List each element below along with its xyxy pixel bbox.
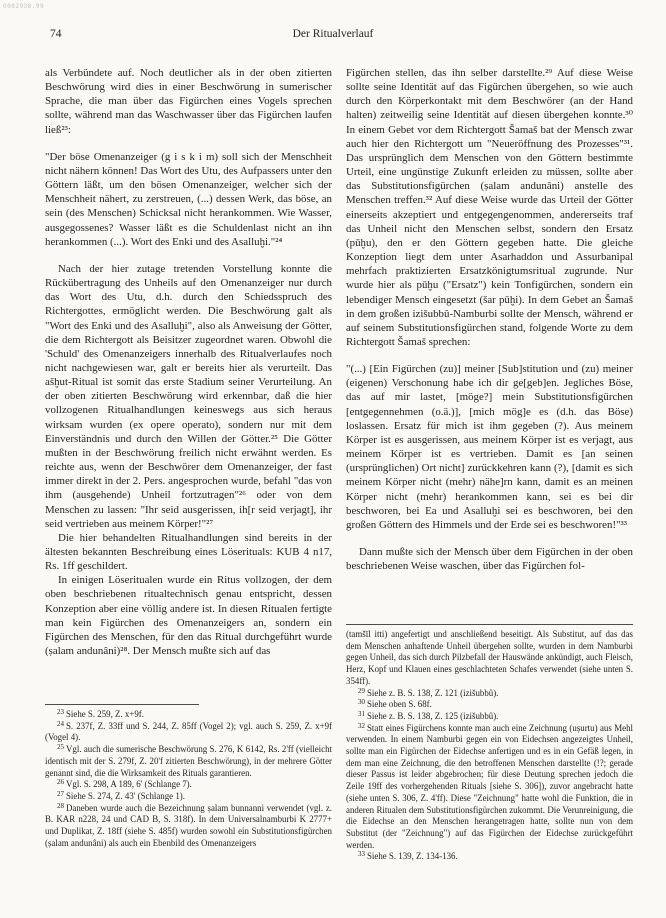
footnote-text: Siehe S. 139, Z. 134-136.	[367, 851, 458, 861]
footnote-number: 28	[57, 802, 64, 810]
page-header: Der Ritualverlauf 74	[0, 28, 666, 44]
footnote-number: 32	[358, 722, 365, 730]
footnote-text: Siehe z. B. S. 138, Z. 121 (izišubbû).	[367, 688, 498, 698]
footnote-rule	[346, 624, 633, 625]
footnote: 23Siehe S. 259, Z. x+9f.	[45, 709, 332, 721]
footnote-number: 29	[358, 687, 365, 695]
page-number: 74	[50, 28, 62, 40]
footnote-text: Daneben wurde auch die Bezeichnung ṣalam…	[45, 803, 332, 848]
footnote-text: Siehe oben S. 68f.	[367, 699, 432, 709]
paragraph: Dann mußte sich der Mensch über dem Figü…	[346, 545, 633, 573]
footnote-rule	[45, 704, 199, 705]
footnote-text: Vgl. S. 298, A 189, 6' (Schlange 7).	[66, 779, 192, 789]
footnotes-right: (tamšīl itti) angefertigt und anschließe…	[346, 624, 633, 863]
left-column: als Verbündete auf. Noch deutlicher als …	[45, 66, 332, 700]
footnote: 27Siehe S. 274, Z. 43' (Schlange 1).	[45, 791, 332, 803]
book-page: 0002938.99 Der Ritualverlauf 74 als Verb…	[0, 0, 666, 918]
footnote-number: 24	[57, 720, 64, 728]
footnote: 25Vgl. auch die sumerische Beschwörung S…	[45, 744, 332, 779]
quote-block: "(...) [Ein Figürchen (zu)] meiner [Sub]…	[346, 362, 633, 532]
footnote-text: Statt eines Figürchens konnte man auch e…	[346, 723, 633, 850]
footnote: 26Vgl. S. 298, A 189, 6' (Schlange 7).	[45, 779, 332, 791]
scan-stamp: 0002938.99	[3, 3, 44, 10]
right-column: Figürchen stellen, das ihn selber darste…	[346, 66, 633, 618]
footnote-number: 30	[358, 698, 365, 706]
footnote-text: Siehe S. 274, Z. 43' (Schlange 1).	[66, 791, 185, 801]
footnote-text: S. 237f, Z. 33ff und S. 244, Z. 85ff (Vo…	[45, 721, 332, 743]
footnote-number: 33	[358, 850, 365, 858]
footnote-text: Siehe S. 259, Z. x+9f.	[66, 709, 144, 719]
footnote-text: Vgl. auch die sumerische Beschwörung S. …	[45, 744, 332, 777]
footnote: 33Siehe S. 139, Z. 134-136.	[346, 851, 633, 863]
footnote-continuation: (tamšīl itti) angefertigt und anschließe…	[346, 629, 633, 688]
footnote-text: (tamšīl itti) angefertigt und anschließe…	[346, 629, 633, 686]
paragraph: Die hier behandelten Ritualhandlungen si…	[45, 531, 332, 573]
footnote: 31Siehe z. B. S. 138, Z. 125 (izišubbû).	[346, 711, 633, 723]
footnote: 30Siehe oben S. 68f.	[346, 699, 633, 711]
quote-block: "Der böse Omenanzeiger (g i s k i m) sol…	[45, 150, 332, 249]
footnote-number: 26	[57, 778, 64, 786]
paragraph: als Verbündete auf. Noch deutlicher als …	[45, 66, 332, 137]
footnote-number: 23	[57, 708, 64, 716]
footnote: 32Statt eines Figürchens konnte man auch…	[346, 723, 633, 852]
footnote-text: Siehe z. B. S. 138, Z. 125 (izišubbû).	[367, 711, 498, 721]
paragraph: Nach der hier zutage tretenden Vorstellu…	[45, 262, 332, 531]
footnote: 28Daneben wurde auch die Bezeichnung ṣal…	[45, 803, 332, 850]
running-title: Der Ritualverlauf	[0, 28, 666, 40]
footnotes-left: 23Siehe S. 259, Z. x+9f. 24S. 237f, Z. 3…	[45, 704, 332, 849]
footnote: 29Siehe z. B. S. 138, Z. 121 (izišubbû).	[346, 688, 633, 700]
footnote-number: 27	[57, 790, 64, 798]
paragraph: Figürchen stellen, das ihn selber darste…	[346, 66, 633, 349]
paragraph: In einigen Löseritualen wurde ein Ritus …	[45, 573, 332, 658]
footnote-number: 31	[358, 710, 365, 718]
footnote-number: 25	[57, 743, 64, 751]
footnote: 24S. 237f, Z. 33ff und S. 244, Z. 85ff (…	[45, 721, 332, 744]
